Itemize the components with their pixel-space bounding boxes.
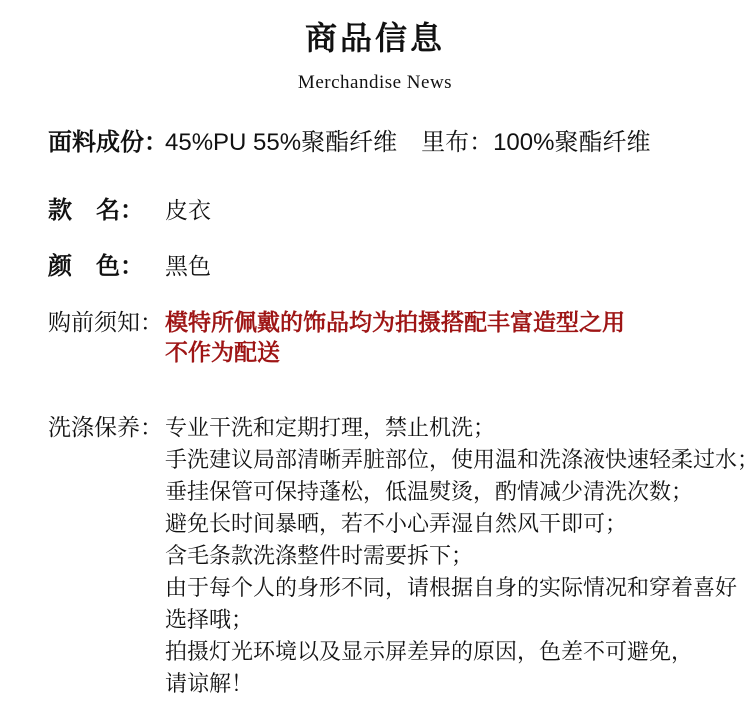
style-name-label: 款 名： [48, 194, 165, 228]
care-line: 专业干洗和定期打理，禁止机洗； [165, 412, 750, 444]
fabric-value: 45%PU 55%聚酯纤维 里布：100%聚酯纤维 [165, 125, 650, 161]
care-line: 手洗建议局部清晰弄脏部位，使用温和洗涤液快速轻柔过水； [165, 444, 750, 476]
care-line: 选择哦； [165, 604, 750, 636]
care-row: 洗涤保养： 专业干洗和定期打理，禁止机洗； 手洗建议局部清晰弄脏部位，使用温和洗… [48, 411, 720, 700]
purchase-notice-row: 购前须知： 模特所佩戴的饰品均为拍摄搭配丰富造型之用 不作为配送 [48, 307, 720, 367]
spec-row-fabric: 面料成份： 45%PU 55%聚酯纤维 里布：100%聚酯纤维 [48, 125, 720, 161]
product-specs: 面料成份： 45%PU 55%聚酯纤维 里布：100%聚酯纤维 款 名： 皮衣 … [0, 125, 750, 700]
care-line: 请谅解！ [165, 668, 750, 700]
fabric-label: 面料成份： [48, 125, 165, 161]
purchase-notice-line: 不作为配送 [165, 337, 625, 367]
page-header: 商品信息 Merchandise News [0, 0, 750, 94]
purchase-notice-text: 模特所佩戴的饰品均为拍摄搭配丰富造型之用 不作为配送 [165, 307, 625, 367]
page-subtitle: Merchandise News [0, 72, 750, 94]
care-line: 垂挂保管可保持蓬松，低温熨烫，酌情减少清洗次数； [165, 476, 750, 508]
care-instructions: 专业干洗和定期打理，禁止机洗； 手洗建议局部清晰弄脏部位，使用温和洗涤液快速轻柔… [165, 412, 750, 700]
care-label: 洗涤保养： [48, 411, 165, 443]
color-value: 黑色 [165, 249, 211, 283]
care-line: 拍摄灯光环境以及显示屏差异的原因，色差不可避免， [165, 636, 750, 668]
purchase-notice-label: 购前须知： [48, 307, 165, 337]
purchase-notice-line: 模特所佩戴的饰品均为拍摄搭配丰富造型之用 [165, 307, 625, 337]
care-line: 含毛条款洗涤整件时需要拆下； [165, 540, 750, 572]
page-title: 商品信息 [0, 18, 750, 58]
care-line: 避免长时间暴晒，若不小心弄湿自然风干即可； [165, 508, 750, 540]
spec-row-style-name: 款 名： 皮衣 [48, 193, 720, 228]
spec-row-color: 颜 色： 黑色 [48, 249, 720, 284]
care-line: 由于每个人的身形不同，请根据自身的实际情况和穿着喜好 [165, 572, 750, 604]
color-label: 颜 色： [48, 250, 165, 284]
style-name-value: 皮衣 [165, 193, 211, 227]
